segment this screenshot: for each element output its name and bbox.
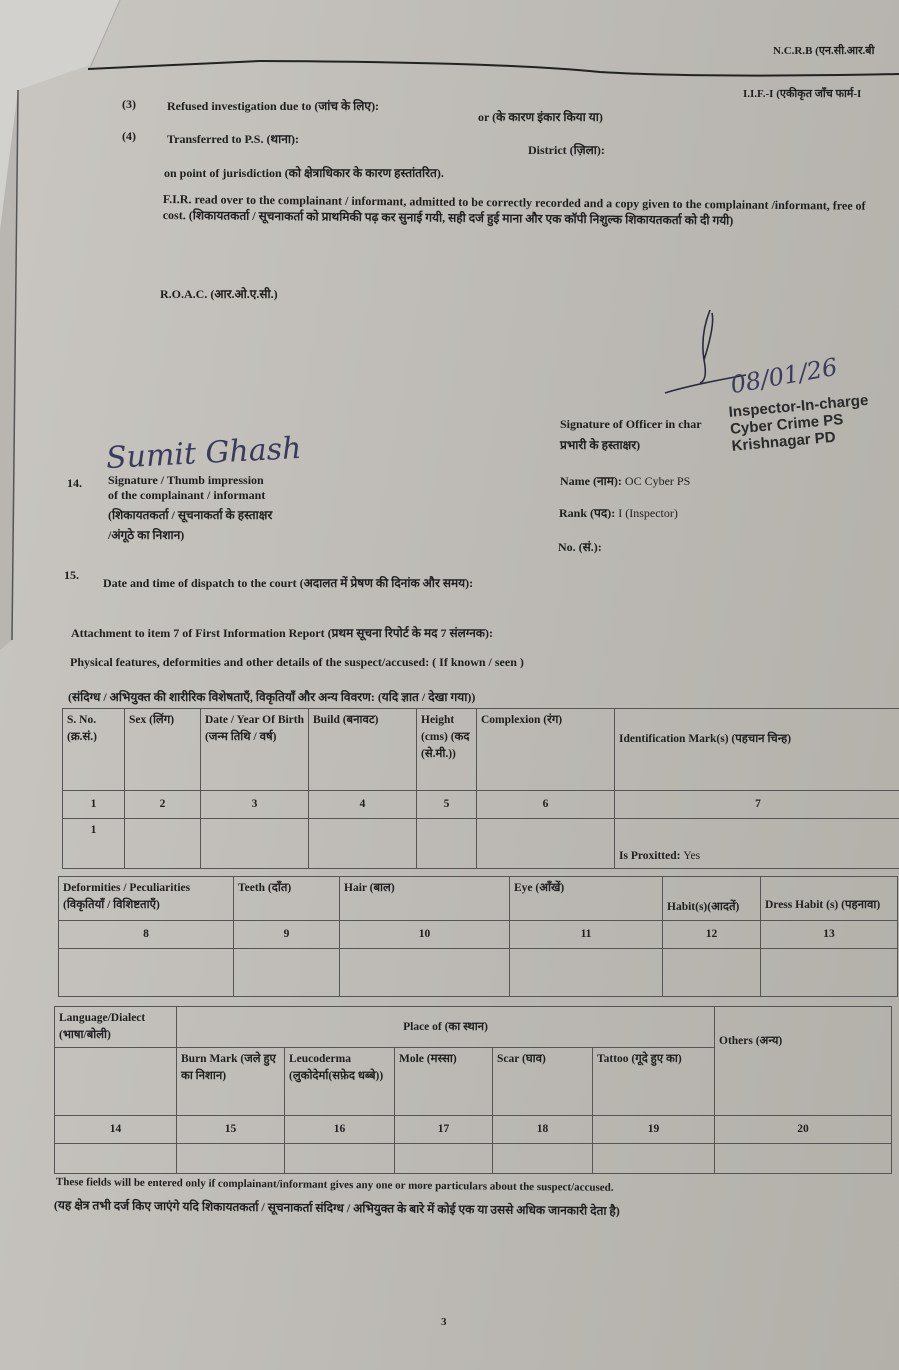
jurisdiction-label: on point of jurisdiction (को क्षेत्राधिक… xyxy=(164,164,444,181)
item-4-number: (4) xyxy=(122,129,136,144)
cell-identification-marks: Is Proxitted: Yes xyxy=(615,819,899,869)
attachment-title: Attachment to item 7 of First Informatio… xyxy=(71,624,493,641)
cell-deformities xyxy=(59,949,234,997)
cell-teeth xyxy=(234,949,340,997)
header-deformities: Deformities / Peculiarities (विकृतियाँ /… xyxy=(59,877,234,921)
header-habits: Habit(s)(आदतें) xyxy=(663,877,761,921)
table-row xyxy=(59,949,898,997)
col-number: 1 xyxy=(63,791,125,819)
district-label: District (ज़िला): xyxy=(528,141,605,158)
officer-signature-label: Signature of Officer in char प्रभारी के … xyxy=(560,417,702,453)
officer-stamp: Inspector-In-charge Cyber Crime PS Krish… xyxy=(728,392,872,455)
roac-label: R.O.A.C. (आर.ओ.ए.सी.) xyxy=(160,285,278,302)
cell-others xyxy=(715,1144,892,1174)
header-s-no: S. No. (क्र.सं.) xyxy=(63,709,125,791)
col-number: 18 xyxy=(493,1116,593,1144)
col-number: 6 xyxy=(477,791,615,819)
cell-s-no: 1 xyxy=(63,819,125,869)
header-language-dialect: Language/Dialect (भाषा/बोली) xyxy=(55,1007,177,1048)
suspect-features-table-3: Language/Dialect (भाषा/बोली) Place of (क… xyxy=(54,1006,892,1174)
cell-build xyxy=(309,819,417,869)
header-dress-habit: Dress Habit (s) (पहनावा) xyxy=(761,877,898,921)
form-code: N.C.R.B (एन.सी.आर.बी xyxy=(773,43,874,58)
complainant-signature-label: Signature / Thumb impression of the comp… xyxy=(108,473,272,545)
refused-investigation-label-2: or (के कारण इंकार किया या) xyxy=(478,108,603,125)
col-number: 4 xyxy=(309,791,417,819)
col-number: 5 xyxy=(417,791,477,819)
col-number: 17 xyxy=(395,1116,493,1144)
complainant-signature-scrawl: Sumit Ghash xyxy=(105,431,302,476)
suspect-features-table-2: Deformities / Peculiarities (विकृतियाँ /… xyxy=(58,876,898,997)
header-sex: Sex (लिंग) xyxy=(125,709,201,791)
col-number: 10 xyxy=(340,921,510,949)
is-proxitted-label: Is Proxitted: xyxy=(619,850,680,862)
header-place-of: Place of (का स्थान) xyxy=(177,1007,715,1048)
cell-complexion xyxy=(477,819,615,869)
header-others: Others (अन्य) xyxy=(715,1007,892,1116)
cell-eye xyxy=(510,949,663,997)
fir-read-over-statement: F.I.R. read over to the complainant / in… xyxy=(163,191,873,230)
officer-no-label: No. (सं.): xyxy=(558,538,602,555)
col-number: 20 xyxy=(715,1116,892,1144)
table-row xyxy=(55,1144,892,1174)
header-burn-mark: Burn Mark (जले हुए का निशान) xyxy=(177,1048,285,1116)
header-eye: Eye (आँखें) xyxy=(510,877,663,921)
header-leucoderma: Leucoderma (लुकोदेर्मा(सफ़ेद धब्बे)) xyxy=(285,1048,395,1116)
officer-rank-label: Rank (पद): xyxy=(559,506,615,520)
page-number: 3 xyxy=(441,1316,447,1328)
header-tattoo: Tattoo (गूदे हुए का) xyxy=(593,1048,715,1116)
col-number: 3 xyxy=(201,791,309,819)
header-dob: Date / Year Of Birth (जन्म तिथि / वर्ष) xyxy=(201,709,309,791)
item-3-number: (3) xyxy=(122,97,136,112)
header-identification-marks: Identification Mark(s) (पहचान चिन्ह) xyxy=(615,709,899,791)
cell-tattoo xyxy=(593,1144,715,1174)
is-proxitted-value: Yes xyxy=(683,850,700,862)
col-number: 9 xyxy=(234,921,340,949)
suspect-features-table-1: S. No. (क्र.सं.) Sex (लिंग) Date / Year … xyxy=(62,708,899,869)
cell-habits xyxy=(663,949,761,997)
cell-mole xyxy=(395,1144,493,1174)
col-number: 14 xyxy=(55,1116,177,1144)
col-number: 2 xyxy=(125,791,201,819)
header-build: Build (बनावट) xyxy=(309,709,417,791)
officer-name-value: OC Cyber PS xyxy=(625,474,690,488)
refused-investigation-label: Refused investigation due to (जांच के लि… xyxy=(167,97,379,114)
col-number: 19 xyxy=(593,1116,715,1144)
cell-sex xyxy=(125,819,201,869)
cell-height xyxy=(417,819,477,869)
transferred-to-ps-label: Transferred to P.S. (थाना): xyxy=(167,130,299,147)
cell-dress-habit xyxy=(761,949,898,997)
col-number: 11 xyxy=(510,921,663,949)
officer-rank-value: I (Inspector) xyxy=(618,506,678,520)
col-number: 8 xyxy=(59,921,234,949)
col-number: 12 xyxy=(663,921,761,949)
header-language-blank xyxy=(55,1048,177,1116)
item-15-number: 15. xyxy=(64,568,79,583)
fir-read-over-hindi: (शिकायतकर्ता / सूचनाकर्ता को प्राथमिकी प… xyxy=(189,208,734,227)
table-row: 1 Is Proxitted: Yes xyxy=(63,819,899,869)
col-number: 7 xyxy=(615,791,899,819)
cell-scar xyxy=(493,1144,593,1174)
header-teeth: Teeth (दाँत) xyxy=(234,877,340,921)
header-complexion: Complexion (रंग) xyxy=(477,709,615,791)
officer-name: Name (नाम): OC Cyber PS xyxy=(560,472,690,489)
officer-rank: Rank (पद): I (Inspector) xyxy=(559,504,678,521)
col-number: 13 xyxy=(761,921,898,949)
col-number: 15 xyxy=(177,1116,285,1144)
header-scar: Scar (घाव) xyxy=(493,1048,593,1116)
attachment-subtitle-hindi: (संदिग्ध / अभियुक्त की शारीरिक विशेषताएँ… xyxy=(68,688,475,705)
header-hair: Hair (बाल) xyxy=(340,877,510,921)
cell-dob xyxy=(201,819,309,869)
header-mole: Mole (मस्सा) xyxy=(395,1048,493,1116)
attachment-subtitle-english: Physical features, deformities and other… xyxy=(70,655,524,670)
cell-hair xyxy=(340,949,510,997)
header-height: Height (cms) (कद (से.मी.)) xyxy=(417,709,477,791)
item-14-number: 14. xyxy=(67,476,82,491)
cell-burn-mark xyxy=(177,1144,285,1174)
dispatch-label: Date and time of dispatch to the court (… xyxy=(103,574,473,591)
form-name: I.I.F.-I (एकीकृत जाँच फार्म-I xyxy=(743,86,861,101)
officer-name-label: Name (नाम): xyxy=(560,474,622,488)
footnote-english: These fields will be entered only if com… xyxy=(56,1176,856,1196)
cell-language xyxy=(55,1144,177,1174)
footnote-hindi: (यह क्षेत्र तभी दर्ज किए जाएंगे यदि शिका… xyxy=(54,1196,854,1221)
cell-leucoderma xyxy=(285,1144,395,1174)
col-number: 16 xyxy=(285,1116,395,1144)
